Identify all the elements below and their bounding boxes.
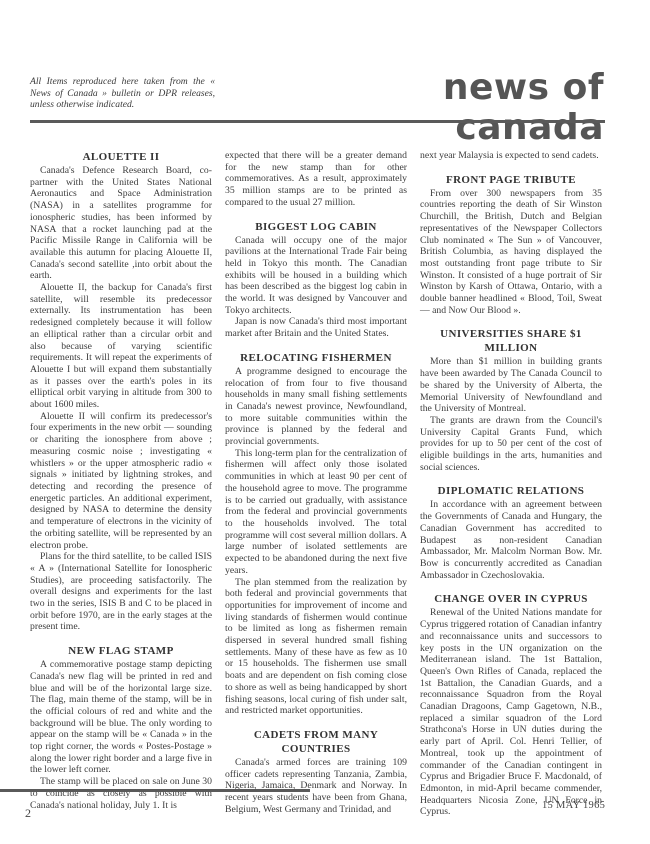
article-title-diplomatic: DIPLOMATIC RELATIONS — [420, 484, 602, 498]
article-title-cadets: CADETS FROM MANY COUNTRIES — [225, 728, 407, 756]
article-title-alouette: ALOUETTE II — [30, 150, 212, 164]
masthead-title: news of canada — [306, 68, 604, 148]
article-paragraph: This long-term plan for the centralizati… — [225, 448, 407, 577]
article-paragraph: Japan is now Canada's third most importa… — [225, 316, 407, 339]
article-title-tribute: FRONT PAGE TRIBUTE — [420, 173, 602, 187]
column-3: next year Malaysia is expected to send c… — [420, 150, 602, 818]
article-paragraph: Alouette II, the backup for Canada's fir… — [30, 282, 212, 411]
article-paragraph: Canada's armed forces are training 109 o… — [225, 757, 407, 816]
article-title-universities: UNIVERSITIES SHARE $1 MILLION — [420, 327, 602, 355]
article-title-cyprus: CHANGE OVER IN CYPRUS — [420, 592, 602, 606]
article-title-fishermen: RELOCATING FISHERMEN — [225, 351, 407, 365]
article-title-log-cabin: BIGGEST LOG CABIN — [225, 220, 407, 234]
article-paragraph: In accordance with an agreement between … — [420, 499, 602, 581]
column-1: ALOUETTE II Canada's Defence Research Bo… — [30, 150, 212, 811]
header-rule — [30, 120, 605, 123]
article-paragraph: From over 300 newspapers from 35 countri… — [420, 188, 602, 317]
article-paragraph: Renewal of the United Nations mandate fo… — [420, 607, 602, 818]
article-paragraph: The grants are drawn from the Council's … — [420, 415, 602, 474]
page-number: 2 — [25, 806, 31, 821]
article-paragraph: A programme designed to encourage the re… — [225, 366, 407, 448]
article-title-flag-stamp: NEW FLAG STAMP — [30, 644, 212, 658]
issue-date: 15 MAY 1965 — [542, 800, 605, 811]
article-paragraph: Alouette II will confirm its predecessor… — [30, 411, 212, 551]
article-paragraph: Canada will occupy one of the major pavi… — [225, 235, 407, 317]
footer-rule — [0, 789, 310, 792]
column-2: expected that there will be a greater de… — [225, 150, 407, 815]
article-paragraph: A commemorative postage stamp depicting … — [30, 659, 212, 776]
article-paragraph: Canada's Defence Research Board, co-part… — [30, 165, 212, 282]
intro-note: All Items reproduced here taken from the… — [30, 76, 215, 111]
article-paragraph: The plan stemmed from the realization by… — [225, 577, 407, 717]
article-paragraph: Plans for the third satellite, to be cal… — [30, 551, 212, 633]
article-paragraph: The stamp will be placed on sale on June… — [30, 776, 212, 811]
article-paragraph-continued: expected that there will be a greater de… — [225, 150, 407, 209]
article-paragraph-continued: next year Malaysia is expected to send c… — [420, 150, 602, 162]
article-paragraph: More than $1 million in building grants … — [420, 356, 602, 415]
